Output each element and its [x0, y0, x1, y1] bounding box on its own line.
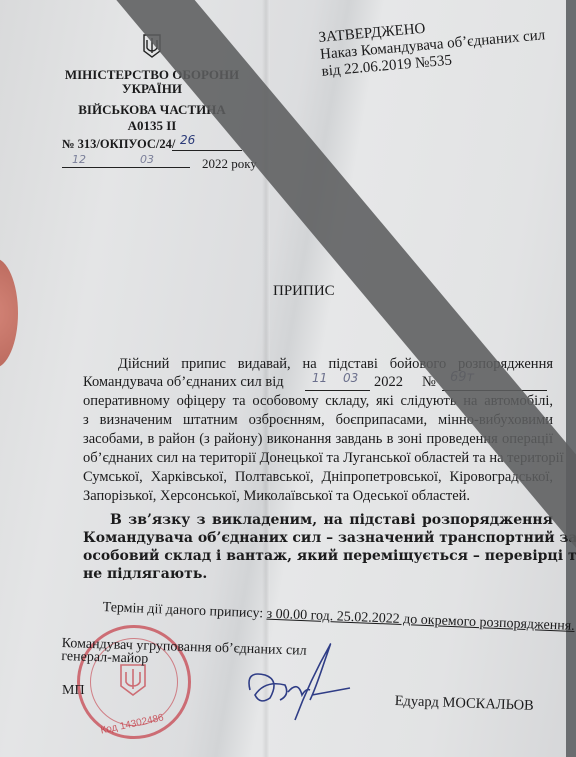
paragraph2-line2: Командувача об’єднаних сил – зазначений … [83, 530, 553, 546]
date-underline [62, 167, 190, 168]
date-day-handwritten: 12 [72, 153, 86, 166]
paragraph2-line1: В зв’язку з викладеним, на підставі розп… [110, 512, 553, 528]
seal-label: МП [62, 683, 85, 699]
paragraph1-line2: Командувача об’єднаних сил від [83, 374, 284, 391]
paragraph1-line7: Сумської, Харківської, Полтавської, Дніп… [83, 469, 553, 486]
order-date-month-handwritten: 03 [343, 371, 358, 385]
paragraph1-line6: об’єднаних сил на території Донецької та… [83, 450, 553, 467]
date-month-handwritten: 03 [140, 153, 154, 166]
document-title: ПРИПИС [273, 283, 335, 300]
outgoing-number-handwritten: 26 [180, 133, 195, 147]
paragraph1-line8: Запорізької, Херсонської, Миколаївської … [83, 488, 470, 505]
order-date-day-handwritten: 11 [312, 371, 327, 385]
unit-name-line2: А0135 II [62, 118, 242, 134]
number-underline [172, 150, 242, 151]
order-year: 2022 [374, 374, 403, 391]
paragraph2-line3: особовий склад і вантаж, який переміщуєт… [83, 548, 553, 564]
paragraph2-line4: не підлягають. [83, 566, 207, 582]
order-date-underline [305, 390, 370, 391]
handwritten-signature [240, 640, 370, 725]
outgoing-number: № 313/ОКПУОС/24/ [62, 137, 175, 152]
